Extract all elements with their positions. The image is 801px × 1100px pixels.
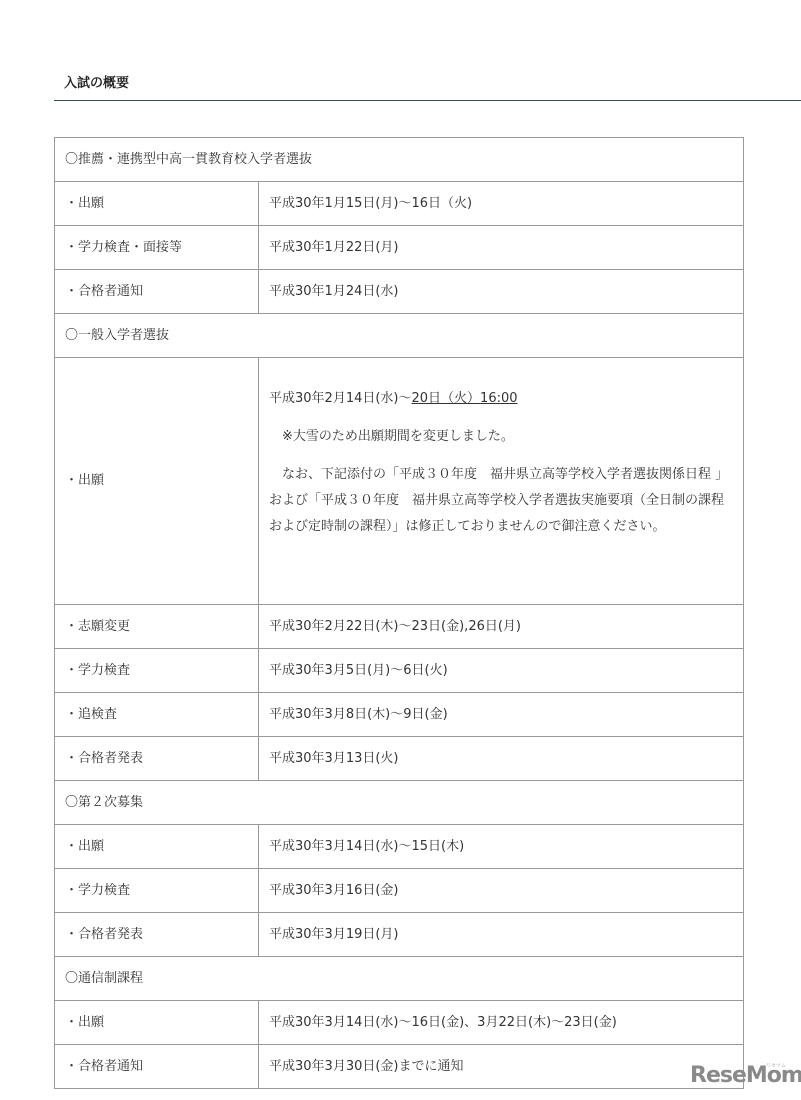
section-header-row: 〇第２次募集 [55,781,744,825]
table-row: ・出願 平成30年3月14日(水)〜16日(金)、3月22日(木)〜23日(金) [55,1001,744,1045]
row-value: 平成30年1月24日(水) [259,270,744,314]
row-value: 平成30年3月14日(水)〜16日(金)、3月22日(木)〜23日(金) [259,1001,744,1045]
table-row: ・合格者発表 平成30年3月13日(火) [55,737,744,781]
table-row: ・出願 平成30年1月15日(月)〜16日（火) [55,182,744,226]
row-value: 平成30年3月5日(月)〜6日(火) [259,649,744,693]
table-row: ・合格者発表 平成30年3月19日(月) [55,913,744,957]
row-label: ・出願 [55,358,259,605]
section-header-row: 〇一般入学者選抜 [55,314,744,358]
row-value: 平成30年3月14日(水)〜15日(木) [259,825,744,869]
row-label: ・出願 [55,182,259,226]
change-note: ※大雪のため出願期間を変更しました。 [269,424,733,450]
row-label: ・合格者発表 [55,913,259,957]
table-row: ・合格者通知 平成30年1月24日(水) [55,270,744,314]
period-end-changed: 20日（火）16:00 [412,391,518,406]
row-value: 平成30年3月8日(木)〜9日(金) [259,693,744,737]
table-row: ・学力検査・面接等 平成30年1月22日(月) [55,226,744,270]
row-value: 平成30年3月30日(金)までに通知 [259,1045,744,1089]
row-label: ・出願 [55,825,259,869]
row-value: 平成30年1月15日(月)〜16日（火) [259,182,744,226]
application-period: 平成30年2月14日(水)〜20日（火）16:00 [269,386,733,412]
table-row: ・出願 平成30年2月14日(水)〜20日（火）16:00 ※大雪のため出願期間… [55,358,744,605]
detail-note: なお、下記添付の「平成３０年度 福井県立高等学校入学者選抜関係日程 」および「平… [269,462,733,540]
row-label: ・合格者通知 [55,1045,259,1089]
row-label: ・学力検査 [55,649,259,693]
row-value: 平成30年3月19日(月) [259,913,744,957]
section-title: 〇一般入学者選抜 [55,314,744,358]
row-label: ・合格者発表 [55,737,259,781]
table-row: ・合格者通知 平成30年3月30日(金)までに通知 [55,1045,744,1089]
section-title: 〇通信制課程 [55,957,744,1001]
row-value-with-note: 平成30年2月14日(水)〜20日（火）16:00 ※大雪のため出願期間を変更し… [259,358,744,605]
row-label: ・出願 [55,1001,259,1045]
row-value: 平成30年3月16日(金) [259,869,744,913]
section-title: 〇第２次募集 [55,781,744,825]
row-value: 平成30年2月22日(木)〜23日(金),26日(月) [259,605,744,649]
heading-divider [54,100,801,101]
row-value: 平成30年1月22日(月) [259,226,744,270]
resemom-logo-ruby: リセマム [766,1062,786,1069]
section-header-row: 〇推薦・連携型中高一貫教育校入学者選抜 [55,138,744,182]
table-row: ・学力検査 平成30年3月5日(月)〜6日(火) [55,649,744,693]
row-label: ・学力検査・面接等 [55,226,259,270]
schedule-table: 〇推薦・連携型中高一貫教育校入学者選抜 ・出願 平成30年1月15日(月)〜16… [54,137,744,1089]
row-label: ・志願変更 [55,605,259,649]
section-title: 〇推薦・連携型中高一貫教育校入学者選抜 [55,138,744,182]
table-row: ・追検査 平成30年3月8日(木)〜9日(金) [55,693,744,737]
section-header-row: 〇通信制課程 [55,957,744,1001]
row-value: 平成30年3月13日(火) [259,737,744,781]
table-row: ・出願 平成30年3月14日(水)〜15日(木) [55,825,744,869]
table-row: ・志願変更 平成30年2月22日(木)〜23日(金),26日(月) [55,605,744,649]
row-label: ・追検査 [55,693,259,737]
table-row: ・学力検査 平成30年3月16日(金) [55,869,744,913]
row-label: ・学力検査 [55,869,259,913]
period-start: 平成30年2月14日(水)〜 [269,391,412,406]
row-label: ・合格者通知 [55,270,259,314]
page-heading: 入試の概要 [64,72,129,91]
